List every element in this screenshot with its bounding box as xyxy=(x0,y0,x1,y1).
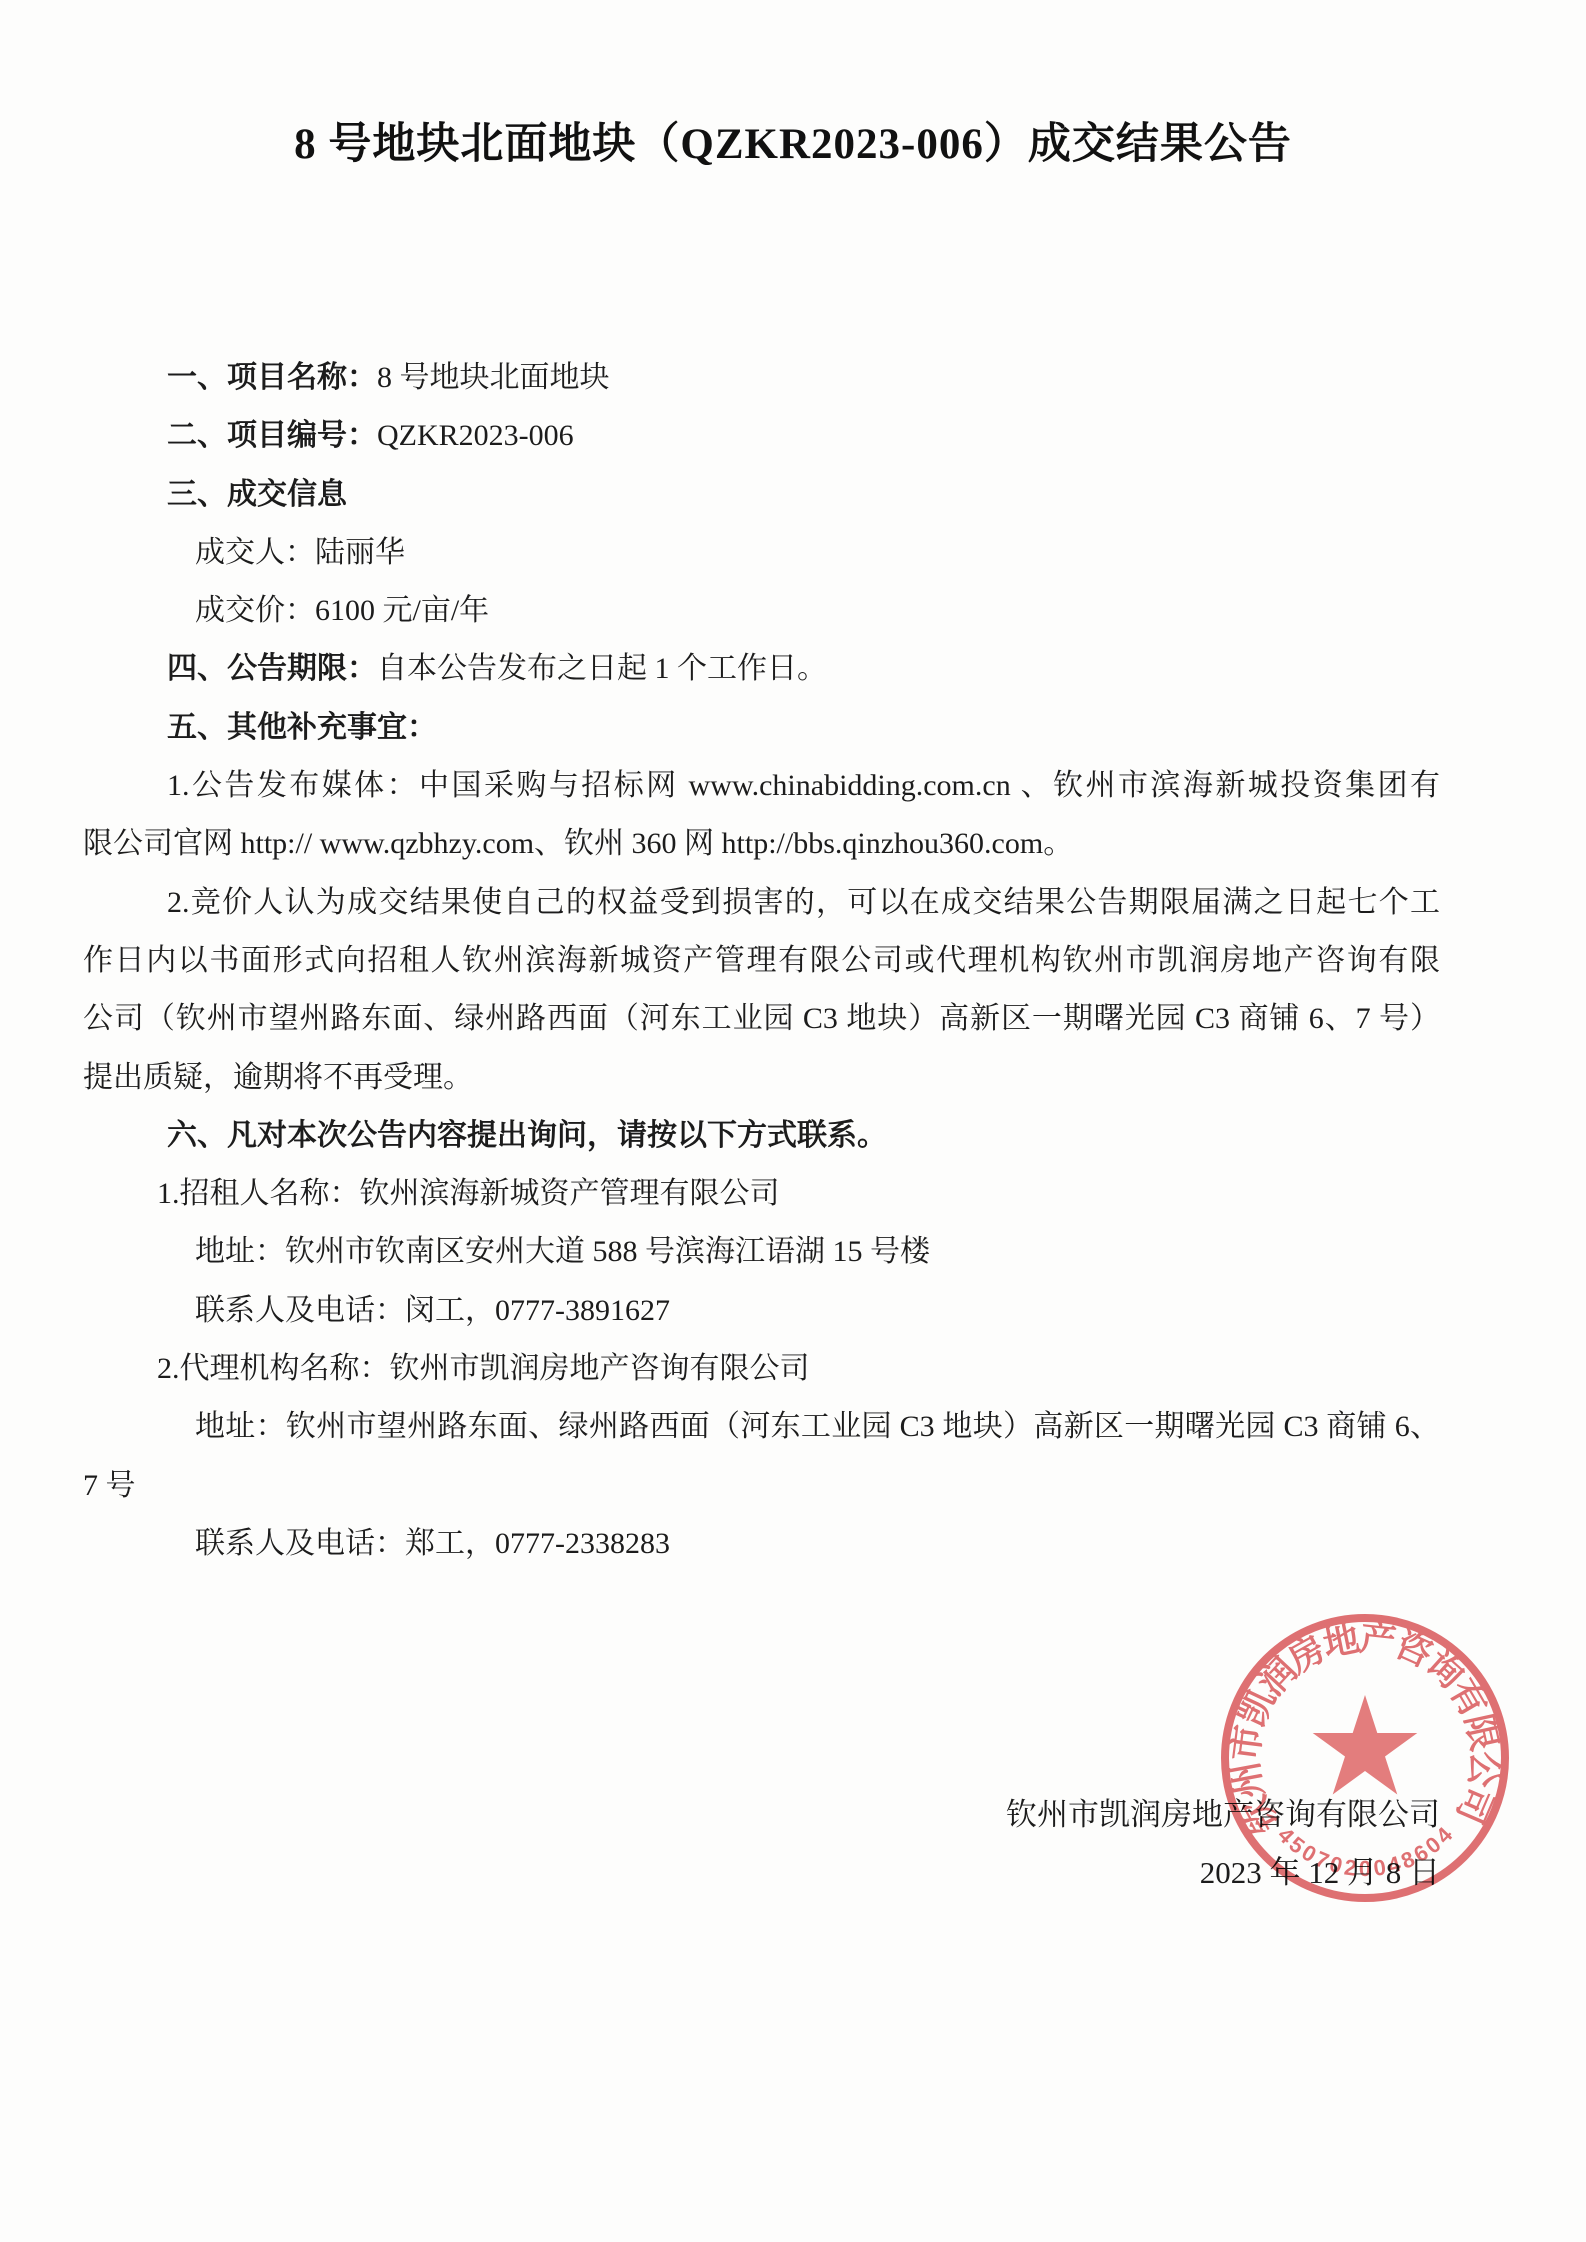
section-5-other-matters: 五、其他补充事宜： xyxy=(83,699,1440,757)
media-paragraph-line-2: 限公司官网 http:// www.qzbhzy.com、钦州 360 网 ht… xyxy=(83,815,1440,873)
section-1-project-name: 一、项目名称：8 号地块北面地块 xyxy=(83,349,1440,407)
announcement-page: 8 号地块北面地块（QZKR2023-006）成交结果公告 一、项目名称：8 号… xyxy=(0,0,1586,2242)
section-4-label: 四、公告期限： xyxy=(167,652,377,685)
page-title: 8 号地块北面地块（QZKR2023-006）成交结果公告 xyxy=(0,110,1586,171)
svg-text:4507020048604: 4507020048604 xyxy=(1273,1822,1458,1881)
seal-star xyxy=(1313,1695,1418,1795)
section-2-value: QZKR2023-006 xyxy=(377,419,574,452)
objection-paragraph-line-3: 公司（钦州市望州路东面、绿州路西面（河东工业园 C3 地块）高新区一期曙光园 C… xyxy=(83,990,1440,1048)
objection-paragraph-line-1: 2.竞价人认为成交结果使自己的权益受到损害的，可以在成交结果公告期限届满之日起七… xyxy=(83,874,1440,932)
agent-name-line: 2.代理机构名称：钦州市凯润房地产咨询有限公司 xyxy=(83,1340,1440,1398)
objection-paragraph-line-4: 提出质疑，逾期将不再受理。 xyxy=(83,1049,1440,1107)
section-1-value: 8 号地块北面地块 xyxy=(377,361,610,394)
company-seal: 钦州市凯润房地产咨询有限公司 4507020048604 xyxy=(1205,1598,1525,1918)
seal-code-text: 4507020048604 xyxy=(1273,1822,1458,1881)
objection-paragraph-line-2: 作日内以书面形式向招租人钦州滨海新城资产管理有限公司或代理机构钦州市凯润房地产咨… xyxy=(83,932,1440,990)
lessor-name-line: 1.招租人名称：钦州滨海新城资产管理有限公司 xyxy=(83,1165,1440,1223)
lessor-address-line: 地址：钦州市钦南区安州大道 588 号滨海江语湖 15 号楼 xyxy=(83,1223,1440,1281)
section-3-deal-info: 三、成交信息 xyxy=(83,466,1440,524)
document-body: 一、项目名称：8 号地块北面地块 二、项目编号：QZKR2023-006 三、成… xyxy=(83,349,1440,1573)
section-4-value: 自本公告发布之日起 1 个工作日。 xyxy=(377,652,827,685)
section-2-label: 二、项目编号： xyxy=(167,419,377,452)
section-4-notice-period: 四、公告期限：自本公告发布之日起 1 个工作日。 xyxy=(83,640,1440,698)
section-6-contact-header: 六、凡对本次公告内容提出询问，请按以下方式联系。 xyxy=(83,1107,1440,1165)
agent-address-line-1: 地址：钦州市望州路东面、绿州路西面（河东工业园 C3 地块）高新区一期曙光园 C… xyxy=(83,1398,1440,1456)
deal-price-line: 成交价：6100 元/亩/年 xyxy=(83,582,1440,640)
deal-person-line: 成交人：陆丽华 xyxy=(83,524,1440,582)
media-paragraph-line-1: 1.公告发布媒体：中国采购与招标网 www.chinabidding.com.c… xyxy=(83,757,1440,815)
lessor-contact-line: 联系人及电话：闵工，0777-3891627 xyxy=(83,1282,1440,1340)
agent-address-line-2: 7 号 xyxy=(83,1457,1440,1515)
section-1-label: 一、项目名称： xyxy=(167,361,377,394)
section-2-project-code: 二、项目编号：QZKR2023-006 xyxy=(83,407,1440,465)
agent-contact-line: 联系人及电话：郑工，0777-2338283 xyxy=(83,1515,1440,1573)
